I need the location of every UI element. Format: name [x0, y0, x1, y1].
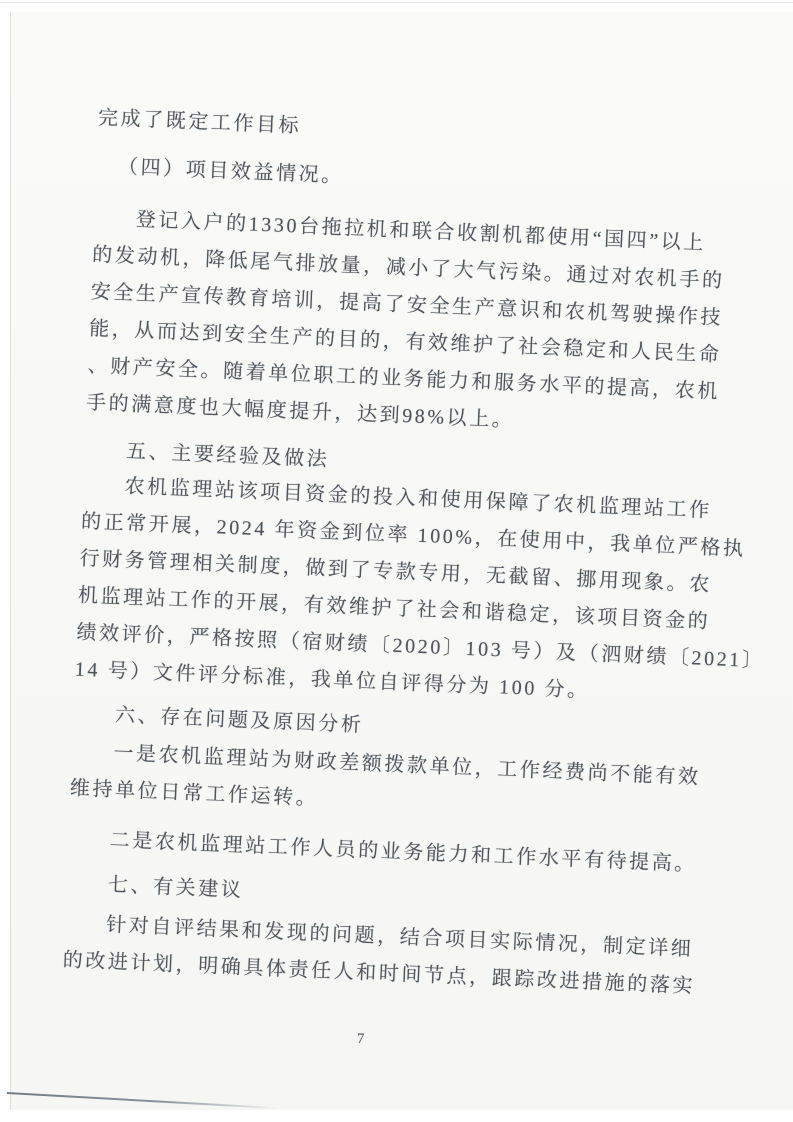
- section-subheading: （四）项目效益情况。: [95, 148, 344, 195]
- heading-line: 七、有关建议: [65, 865, 244, 909]
- paragraph-problem-1: 一是农机监理站为财政差额拨款单位，工作经费尚不能有效 维持单位日常工作运转。: [69, 733, 701, 833]
- paragraph-experience: 农机监理站该项目资金的投入和使用保障了农机监理站工作 的正常开展，2024 年资…: [74, 467, 771, 718]
- paragraph-suggestion: 针对自评结果和发现的问题，结合项目实际情况，制定详细 的改进计划，明确具体责任人…: [62, 905, 697, 1005]
- text-line: 完成了既定工作目标: [97, 100, 302, 145]
- document-page: 完成了既定工作目标 （四）项目效益情况。 登记入户的1330台拖拉机和联合收割机…: [10, 12, 793, 1110]
- subheading-line: （四）项目效益情况。: [95, 148, 344, 195]
- scan-background: 完成了既定工作目标 （四）项目效益情况。 登记入户的1330台拖拉机和联合收割机…: [0, 0, 793, 1122]
- paragraph-benefits: 登记入户的1330台拖拉机和联合收割机都使用“国四”以上 的发动机，降低尾气排放…: [85, 200, 727, 448]
- body-continuation: 完成了既定工作目标: [97, 100, 302, 145]
- document-text-layer: 完成了既定工作目标 （四）项目效益情况。 登记入户的1330台拖拉机和联合收割机…: [99, 95, 766, 123]
- scan-top-edge: [0, 2, 793, 3]
- page-bottom-edge-line: [7, 1092, 279, 1109]
- page-number: 7: [357, 1031, 365, 1048]
- section-heading-7: 七、有关建议: [65, 865, 244, 909]
